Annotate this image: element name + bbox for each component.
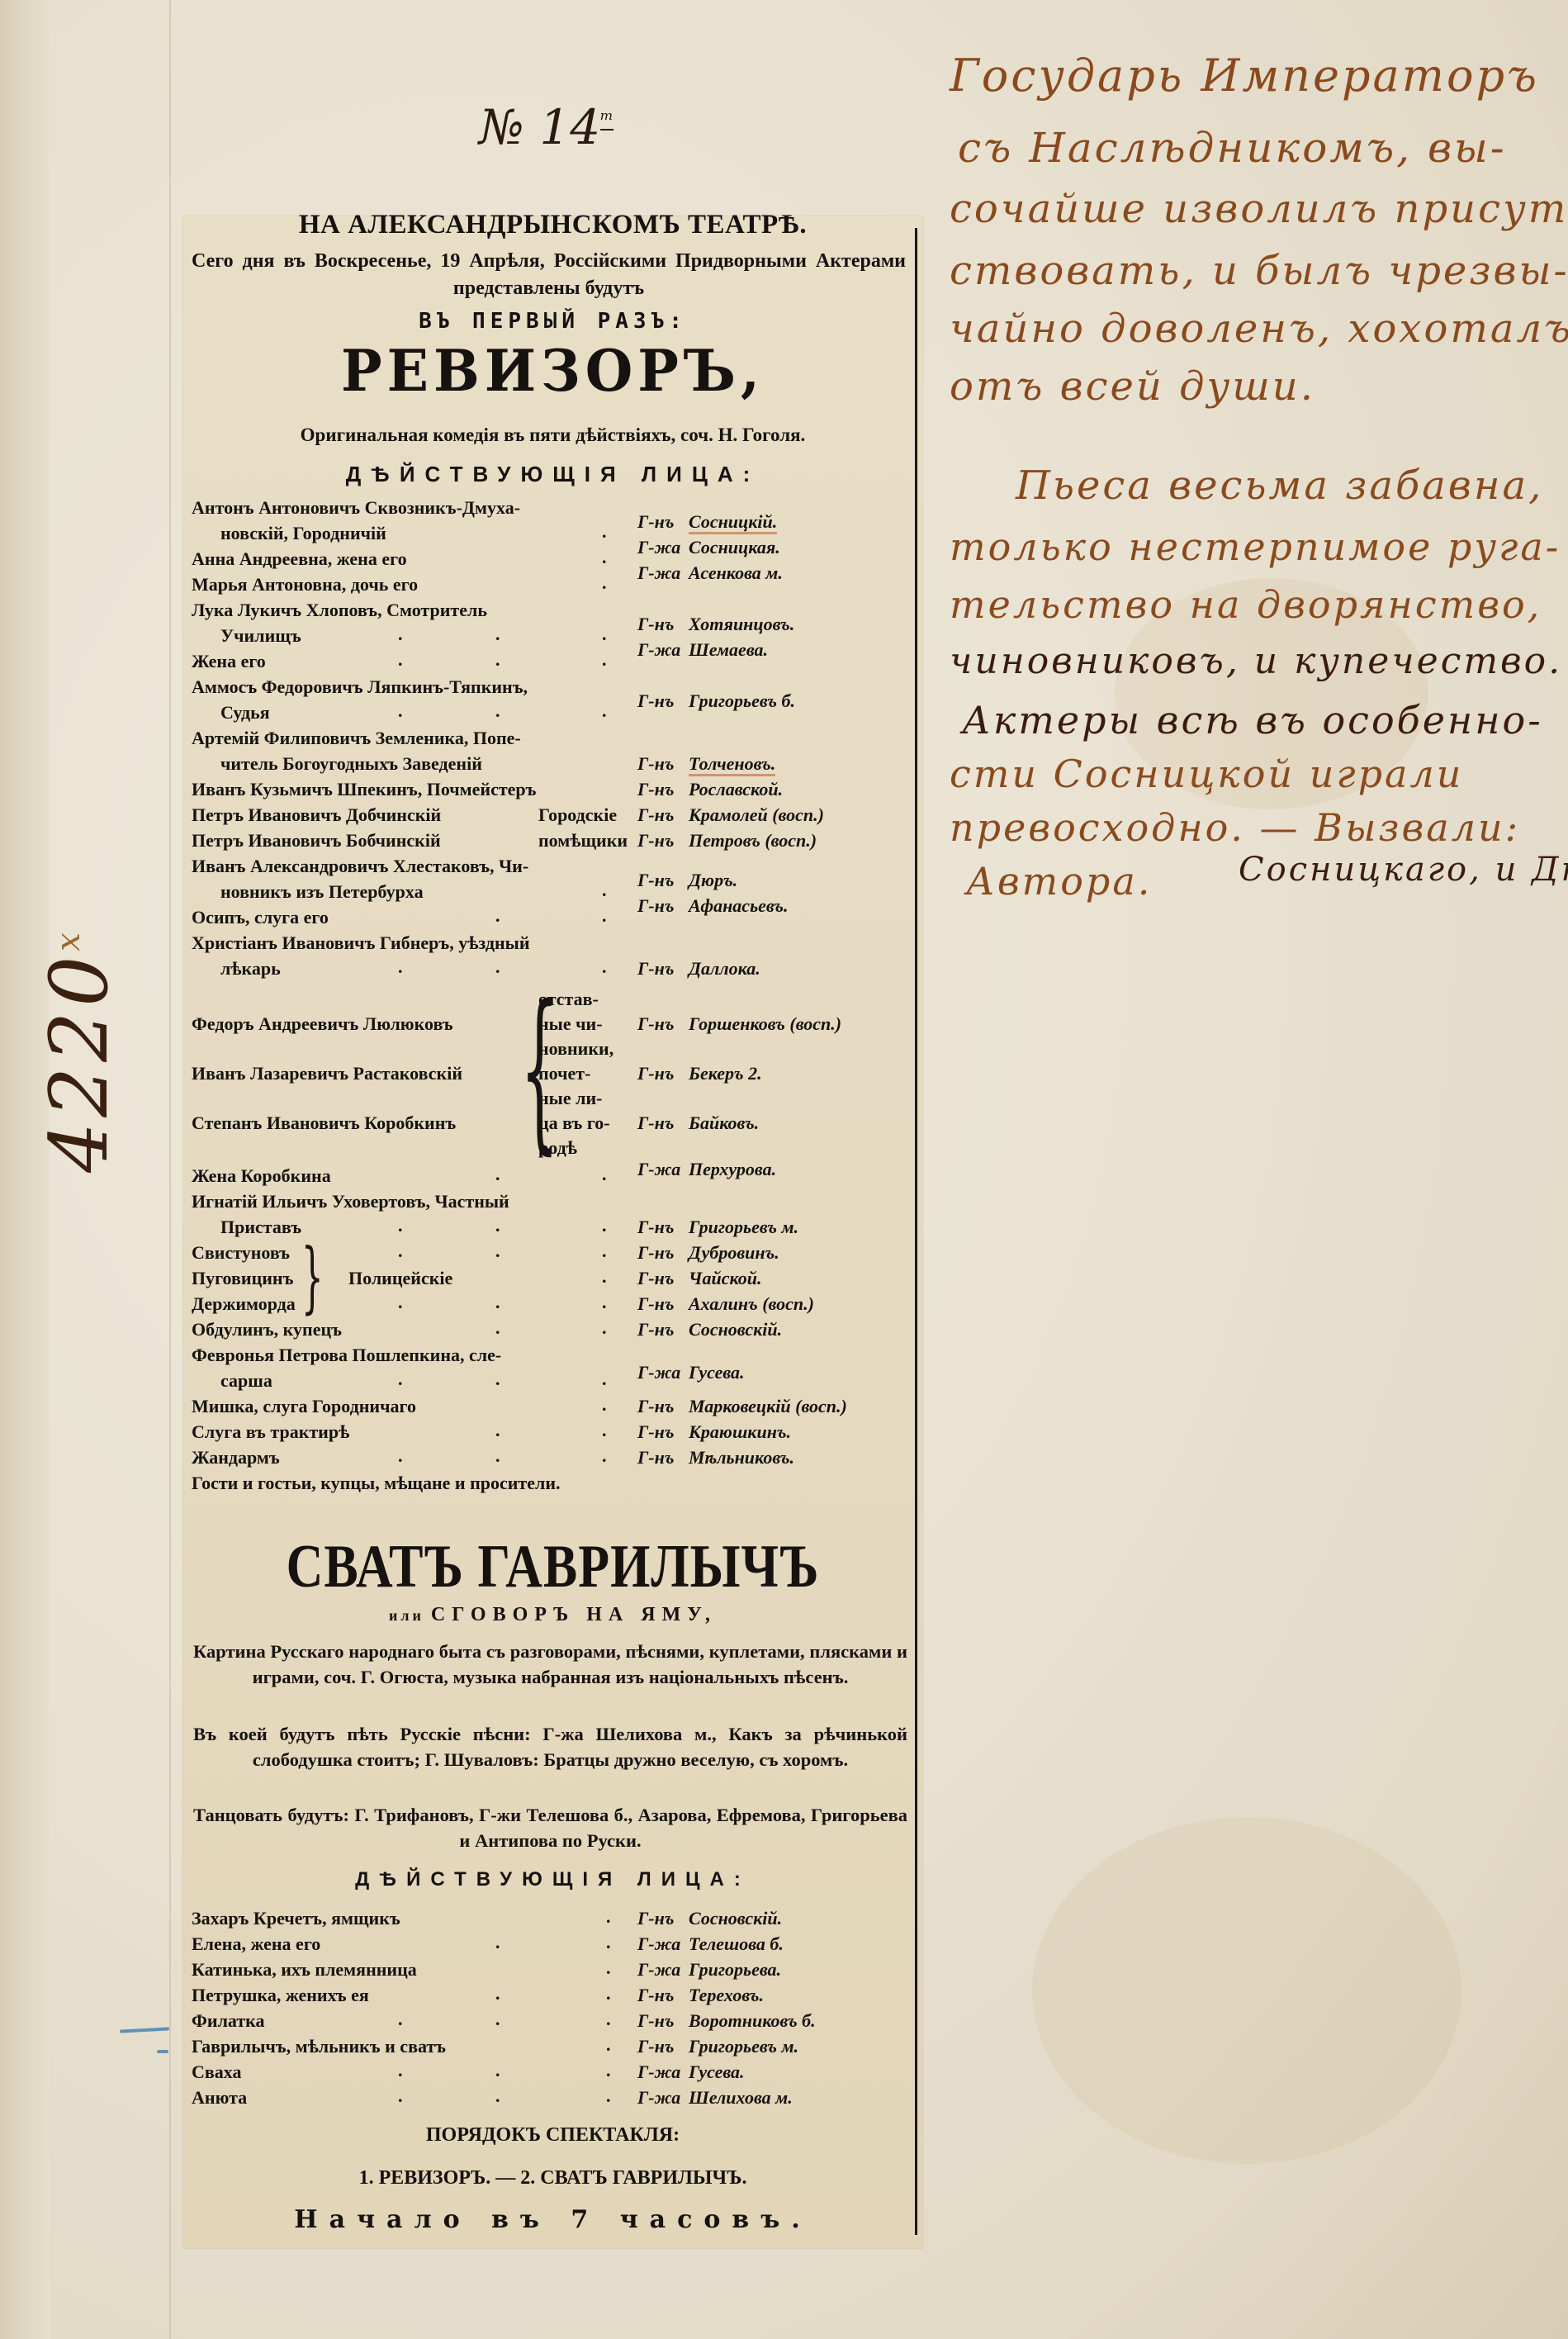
role: Артемій Филиповичъ Земленика, Попе-: [192, 728, 521, 749]
play1-title: РЕВИЗОРЪ,: [183, 337, 922, 405]
role: Филатка: [192, 2010, 265, 2032]
start-time: Начало въ 7 часовъ.: [183, 2205, 922, 2234]
margin-line: [169, 0, 171, 2339]
cast-row: Захаръ Кречетъ, ямщикъ.Г-нъСосновскій.: [192, 1906, 906, 1932]
role: Антонъ Антоновичъ Сквозникъ-Дмуха-: [192, 497, 520, 519]
cast-row: Петрушка, женихъ ея..Г-нъТереховъ.: [192, 1983, 906, 2009]
role: Осипъ, слуга его: [192, 907, 329, 928]
cast-row: Мишка, слуга Городничаго.Г-нъМарковецкій…: [192, 1394, 906, 1420]
cast-row: читель Богоугодныхъ ЗаведенійГ-нъТолчено…: [192, 752, 906, 777]
actor: Г-нъХотяинцовъ.: [637, 614, 794, 635]
cast-row: Свистуновъ...Г-нъДубровинъ.: [192, 1241, 906, 1266]
actor: Г-нъКраюшкинъ.: [637, 1421, 791, 1443]
cast-row: Елена, жена его..Г-жаТелешова б.: [192, 1932, 906, 1957]
actor: Г-нъДюръ.: [637, 870, 737, 891]
cast-row: новскій, Городничій.Г-нъСосницкій.: [192, 521, 906, 547]
role: Держиморда: [192, 1293, 296, 1315]
cast-row: Держиморда...Г-нъАхалинъ (восп.): [192, 1292, 906, 1317]
cast-row: Анна Андреевна, жена его.Г-жаСосницкая.: [192, 547, 906, 572]
role: Елена, жена его: [192, 1933, 320, 1955]
actor: Г-нъАфанасьевъ.: [637, 895, 789, 917]
role: Иванъ Кузьмичъ Шпекинъ, Почмейстеръ: [192, 779, 537, 800]
cast-row: Петръ Ивановичъ БобчинскійпомѣщикиГ-нъПе…: [192, 828, 906, 854]
play2-subtitle: илиСГОВОРЪ НА ЯМУ,: [183, 1604, 922, 1626]
actor: Г-жаТелешова б.: [637, 1933, 784, 1955]
actor: Г-нъСосновскій.: [637, 1319, 782, 1340]
actor: Г-нъАхалинъ (восп.): [637, 1293, 814, 1315]
role: Жена Коробкина: [192, 1165, 331, 1187]
role: новникъ изъ Петербурха: [220, 881, 424, 903]
actor: Г-нъБекеръ 2.: [637, 1063, 762, 1084]
role: Мишка, слуга Городничаго: [192, 1396, 416, 1417]
role: Анна Андреевна, жена его: [192, 548, 407, 570]
actor: Г-нъРославской.: [637, 779, 783, 800]
role: Христіанъ Ивановичъ Гибнеръ, уѣздный: [192, 932, 530, 954]
role: Жена его: [192, 651, 266, 672]
actor: Г-нъБайковъ.: [637, 1113, 759, 1134]
role: читель Богоугодныхъ Заведеній: [220, 753, 482, 775]
role: Марья Антоновна, дочь его: [192, 574, 418, 595]
play1-cast-list: Антонъ Антоновичъ Сквозникъ-Дмуха- новск…: [192, 496, 906, 1497]
cast-row: Приставъ...Г-нъГригорьевъ м.: [192, 1215, 906, 1241]
actor: Г-нъСосновскій.: [637, 1908, 782, 1929]
group-label: помѣщики: [538, 830, 628, 852]
actor: Г-жаГусева.: [637, 1362, 745, 1383]
cast-extras: Гости и гостьи, купцы, мѣщане и просител…: [192, 1471, 906, 1497]
officials-block: { отстав- ные чи- новники, почет- ные ли…: [192, 982, 906, 1164]
cast-row: Анюта...Г-жаШелихова м.: [192, 2085, 906, 2111]
actor: Г-нъДаллока.: [637, 958, 760, 980]
cast-row: Петръ Ивановичъ ДобчинскійГородскіеГ-нъК…: [192, 803, 906, 828]
cast-row: Катинька, ихъ племянница.Г-жаГригорьева.: [192, 1957, 906, 1983]
actor: Г-нъГригорьевъ б.: [637, 690, 795, 712]
cast-row: Степанъ Ивановичъ КоробкинъГ-нъБайковъ.: [192, 1111, 906, 1136]
cast-row: Обдулинъ, купецъ..Г-нъСосновскій.: [192, 1317, 906, 1343]
play2-description: Картина Русскаго народнаго быта съ разго…: [193, 1639, 907, 1690]
actor: Г-нъГоршенковъ (восп.): [637, 1013, 841, 1035]
role: Федоръ Андреевичъ Люлюковъ: [192, 1013, 453, 1035]
cast-row: Иванъ Лазаревичъ РастаковскійГ-нъБекеръ …: [192, 1061, 906, 1087]
cast-row: Училищъ...Г-нъХотяинцовъ.: [192, 624, 906, 649]
role: Степанъ Ивановичъ Коробкинъ: [192, 1113, 456, 1134]
role: Обдулинъ, купецъ: [192, 1319, 342, 1340]
paper-stain: [1032, 1817, 1461, 2164]
cast-row: Антонъ Антоновичъ Сквозникъ-Дмуха-: [192, 496, 906, 521]
cast-row: новникъ изъ Петербурха.Г-нъДюръ.: [192, 880, 906, 905]
first-time-label: ВЪ ПЕРВЫЙ РАЗЪ:: [183, 309, 922, 334]
play2-cast-header: ДѢЙСТВУЮЩІЯ ЛИЦА:: [183, 1868, 922, 1891]
inventory-number: № 14ᵐ: [479, 99, 613, 155]
role: Игнатій Ильичъ Уховертовъ, Частный: [192, 1191, 509, 1212]
role: Захаръ Кречетъ, ямщикъ: [192, 1908, 400, 1929]
program-order: 1. РЕВИЗОРЪ. — 2. СВАТЪ ГАВРИЛЫЧЪ.: [183, 2167, 922, 2190]
play2-title: СВАТЪ ГАВРИЛЫЧЪ: [183, 1532, 922, 1602]
play2-cast-list: Захаръ Кречетъ, ямщикъ.Г-нъСосновскій. Е…: [192, 1906, 906, 2111]
program-order-header: ПОРЯДОКЪ СПЕКТАКЛЯ:: [183, 2124, 922, 2147]
actor: Г-жаШелихова м.: [637, 2087, 793, 2109]
role: Петръ Ивановичъ Добчинскій: [192, 804, 441, 826]
role: Петрушка, женихъ ея: [192, 1985, 369, 2006]
actor: Г-жаПерхурова.: [637, 1159, 776, 1180]
actor: Г-жаСосницкая.: [637, 537, 780, 558]
cast-row: Жандармъ...Г-нъМѣльниковъ.: [192, 1445, 906, 1471]
cast-row: Федоръ Андреевичъ ЛюлюковъГ-нъГоршенковъ…: [192, 1012, 906, 1037]
cast-row: Христіанъ Ивановичъ Гибнеръ, уѣздный: [192, 931, 906, 956]
group-label: Городскіе: [538, 804, 617, 826]
role: Анюта: [192, 2087, 247, 2109]
role: Слуга въ трактирѣ: [192, 1421, 349, 1443]
role: Аммосъ Федоровичъ Ляпкинъ-Тяпкинъ,: [192, 676, 528, 698]
actor: Г-жаАсенкова м.: [637, 562, 783, 584]
role: Петръ Ивановичъ Бобчинскій: [192, 830, 441, 852]
cast-row: Жена его...Г-жаШемаева.: [192, 649, 906, 675]
actor: Г-нъПетровъ (восп.): [637, 830, 817, 852]
theatre-heading: НА АЛЕКСАНДРЫНСКОМЪ ТЕАТРѢ.: [183, 210, 922, 240]
cast-row: Артемій Филиповичъ Земленика, Попе-: [192, 726, 906, 752]
performance-intro: Сего дня въ Воскресенье, 19 Апрѣля, Росс…: [192, 248, 906, 302]
cast-row: Аммосъ Федоровичъ Ляпкинъ-Тяпкинъ,: [192, 675, 906, 700]
cast-row: Слуга въ трактирѣ..Г-нъКраюшкинъ.: [192, 1420, 906, 1445]
actor: Г-нъТолченовъ.: [637, 753, 775, 775]
role: Сваха: [192, 2061, 241, 2083]
role: Иванъ Лазаревичъ Растаковскій: [192, 1063, 462, 1084]
clipping-border: [915, 228, 917, 2235]
cast-row: Иванъ Кузьмичъ Шпекинъ, ПочмейстеръГ-нъР…: [192, 777, 906, 803]
cast-row: Иванъ Александровичъ Хлестаковъ, Чи-: [192, 854, 906, 880]
playbill-clipping: НА АЛЕКСАНДРЫНСКОМЪ ТЕАТРѢ. Сего дня въ …: [183, 216, 922, 2248]
actor: Г-нъМѣльниковъ.: [637, 1447, 794, 1468]
role: Жандармъ: [192, 1447, 280, 1468]
actor: Г-жаШемаева.: [637, 639, 768, 661]
cast-row: Жена Коробкина..Г-жаПерхурова.: [192, 1164, 906, 1189]
actor: Г-нъКрамолей (восп.): [637, 804, 824, 826]
cast-row: Пуговицинъ.Г-нъЧайской.: [192, 1266, 906, 1292]
role: Судья: [220, 702, 270, 724]
cast-row: Осипъ, слуга его..Г-нъАфанасьевъ.: [192, 905, 906, 931]
actor: Г-жаГусева.: [637, 2061, 745, 2083]
role: Катинька, ихъ племянница: [192, 1959, 417, 1981]
cast-row: Судья...Г-нъГригорьевъ б.: [192, 700, 906, 726]
cast-row: Игнатій Ильичъ Уховертовъ, Частный: [192, 1189, 906, 1215]
play2-songs: Въ коей будутъ пѣть Русскіе пѣсни: Г-жа …: [193, 1721, 907, 1772]
actor: Г-нъВоротниковъ б.: [637, 2010, 816, 2032]
actor: Г-нъГригорьевъ м.: [637, 2036, 798, 2057]
role: Училищъ: [220, 625, 301, 647]
role: Гаврилычъ, мѣльникъ и сватъ: [192, 2036, 446, 2057]
role: сарша: [220, 1370, 272, 1392]
cast-row: Февронья Петрова Пошлепкина, сле-: [192, 1343, 906, 1369]
cast-row: Лука Лукичъ Хлоповъ, Смотритель: [192, 598, 906, 624]
pencil-mark: [120, 2027, 169, 2033]
role: Февронья Петрова Пошлепкина, сле-: [192, 1345, 501, 1366]
pencil-mark: [157, 2050, 168, 2053]
role: лѣкарь: [220, 958, 281, 980]
play2-dancers: Танцовать будутъ: Г. Трифановъ, Г-жи Тел…: [193, 1802, 907, 1853]
actor: Г-жаГригорьева.: [637, 1959, 781, 1981]
archive-number: 4220х: [33, 928, 126, 1173]
actor: Г-нъДубровинъ.: [637, 1242, 779, 1264]
cast-row: сарша...Г-жаГусева.: [192, 1369, 906, 1394]
role: Приставъ: [220, 1217, 301, 1238]
role: новскій, Городничій: [220, 523, 386, 544]
actor: Г-нъГригорьевъ м.: [637, 1217, 798, 1238]
police-block: { Полицейскіе Свистуновъ...Г-нъДубровинъ…: [192, 1241, 906, 1317]
role: Иванъ Александровичъ Хлестаковъ, Чи-: [192, 856, 528, 877]
actor: Г-нъТереховъ.: [637, 1985, 764, 2006]
actor: Г-нъСосницкій.: [637, 511, 777, 533]
cast-row: Сваха...Г-жаГусева.: [192, 2060, 906, 2085]
cast-row: Марья Антоновна, дочь его.Г-жаАсенкова м…: [192, 572, 906, 598]
cast-row: Филатка...Г-нъВоротниковъ б.: [192, 2009, 906, 2034]
play1-subtitle: Оригинальная комедія въ пяти дѣйствіяхъ,…: [183, 425, 922, 446]
role: Пуговицинъ: [192, 1268, 293, 1289]
actor: Г-нъМарковецкій (восп.): [637, 1396, 847, 1417]
actor: Г-нъЧайской.: [637, 1268, 762, 1289]
role: Лука Лукичъ Хлоповъ, Смотритель: [192, 600, 487, 621]
play1-cast-header: ДѢЙСТВУЮЩІЯ ЛИЦА:: [183, 462, 922, 487]
role: Свистуновъ: [192, 1242, 290, 1264]
cast-row: Гаврилычъ, мѣльникъ и сватъ.Г-нъГригорье…: [192, 2034, 906, 2060]
